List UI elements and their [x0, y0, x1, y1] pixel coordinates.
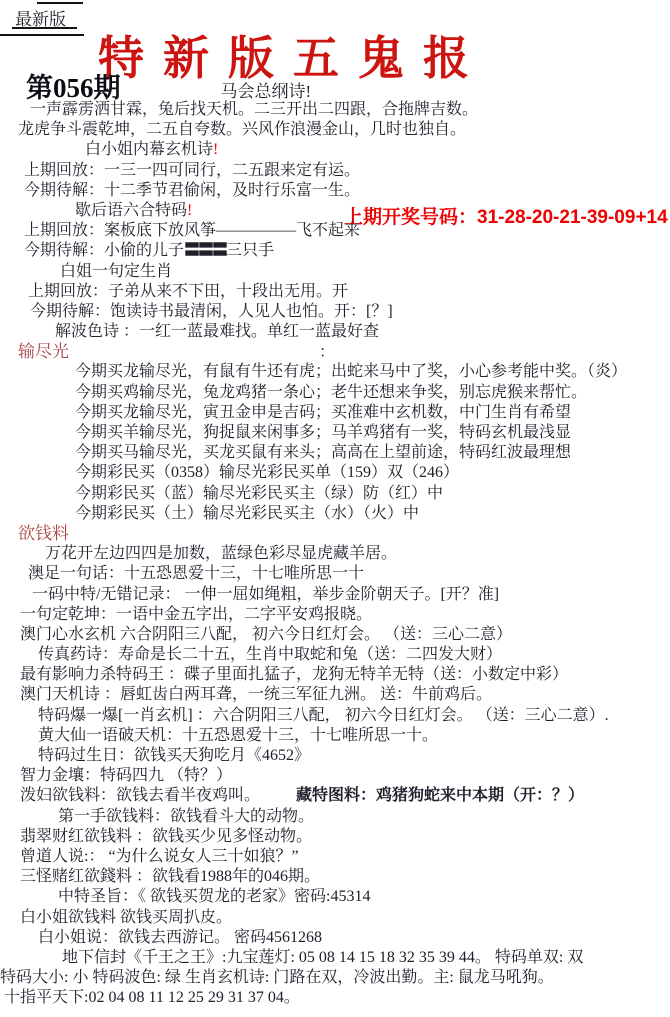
text-line: 翡翠财红欲钱料 ：欲钱买少见多怪动物。 [0, 827, 670, 847]
text-line: 白姐一句定生肖 [0, 262, 670, 282]
text-segment: ! [187, 202, 192, 219]
text-segment: 白小姐说：欲钱去西游记。 密码4561268 [38, 929, 322, 946]
issue-subtitle: 马会总纲诗! [221, 82, 312, 101]
text-segment: 三只手 [226, 242, 274, 259]
text-segment: 三怪赌红欲錢料 ：欲钱看1988年的046期。 [20, 868, 320, 885]
text-line: 今期彩民买（土）输尽光彩民买主（水）（火）中 [0, 504, 670, 524]
text-line: 歇后语六合特码! [0, 201, 670, 221]
text-line: 今期彩民买（0358）输尽光彩民买单（159）双（246） [0, 463, 670, 483]
text-segment: 泼妇欲钱料：欲钱去看半夜鸡叫。 [20, 787, 260, 804]
text-line: 今期买马输尽光，买龙买鼠有来头；高高在上望前途，特码红波最理想 [0, 443, 670, 463]
text-segment: 特码过生日：欲钱买天狗吃月《4652》 [38, 747, 310, 764]
text-line: 输尽光： [0, 342, 670, 362]
text-line: 上期回放：案板底下放风筝—————飞不起来 [0, 221, 670, 241]
text-segment: ： [319, 344, 335, 361]
text-line: 十指平天下:02 04 08 11 12 25 29 31 37 04。 [0, 988, 670, 1008]
text-segment: 十指平天下:02 04 08 11 12 25 29 31 37 04。 [4, 989, 300, 1006]
text-segment: 传真药诗：寿命是长二十五，生肖中取蛇和兔（送：二四发大财） [38, 646, 502, 663]
text-line: 今期待解：小偷的儿子〓〓〓三只手 [0, 241, 670, 261]
text-line: 龙虎争斗震乾坤，二五自夸数。兴风作浪漫金山，几时也独自。 [0, 120, 670, 140]
text-segment: 今期买羊输尽光，狗捉鼠来闲事多；马羊鸡猪有一奖，特码玄机最浅显 [75, 424, 571, 441]
text-line: 特码爆一爆[一肖玄机] ：六合阴阳三八配， 初六今日红灯会。 （送：三心二意）. [0, 706, 670, 726]
text-segment: 解波色诗 ：一红一蓝最难找。单红一蓝最好查 [55, 323, 379, 340]
text-line: 特码大小: 小 特码波色: 绿 生肖玄机诗: 门路在双，冷波出勤。主: 鼠龙马吼… [0, 968, 670, 988]
text-segment: 今期买龙输尽光，有鼠有牛还有虎；出蛇来马中了奖，小心参考能中奖。（炎） [75, 363, 627, 380]
text-segment: 上期回放：案板底下放风筝—————飞不起来 [24, 222, 360, 239]
text-line: 澳足一句话：十五恐恩爱十三，十七唯所思一十 [0, 564, 670, 584]
text-segment: 白小姐欲钱料 欲钱买周扒皮。 [20, 909, 232, 926]
text-line: 智力金壤：特码四九 （特？） [0, 766, 670, 786]
text-line: 白小姐说：欲钱去西游记。 密码4561268 [0, 928, 670, 948]
text-line: 今期买龙输尽光，有鼠有牛还有虎；出蛇来马中了奖，小心参考能中奖。（炎） [0, 362, 670, 382]
text-line: 上期回放：一三一四可同行，二五跟来定有运。 [0, 161, 670, 181]
text-segment: 翡翠财红欲钱料 ：欲钱买少见多怪动物。 [20, 828, 312, 845]
text-segment: 万花开左边四四是加数，蓝绿色彩尽显虎藏羊居。 [45, 545, 397, 562]
text-segment: 上期回放：子弟从来不下田，十段出无用。开 [28, 283, 348, 300]
text-segment: 特码爆一爆[一肖玄机] ：六合阴阳三八配， 初六今日红灯会。 （送：三心二意）. [38, 707, 609, 724]
text-line: 白小姐欲钱料 欲钱买周扒皮。 [0, 908, 670, 928]
text-segment: 今期买龙输尽光，寅丑金申是吉码；买准难中玄机数，中门生肖有希望 [75, 404, 571, 421]
header-rule-bottom [0, 34, 84, 36]
text-line: 今期买鸡输尽光，兔龙鸡猪一条心；老牛还想来争奖，别忘虎猴来帮忙。 [0, 383, 670, 403]
text-segment: 藏特图料：鸡猪狗蛇来中本期（开：？） [296, 787, 584, 804]
text-segment: 上期回放：一三一四可同行，二五跟来定有运。 [24, 162, 360, 179]
text-segment: 今期彩民买（0358）输尽光彩民买单（159）双（246） [75, 464, 459, 481]
text-segment: 黄大仙一语破天机：十五恐恩爱十三，十七唯所思一十。 [38, 727, 438, 744]
text-segment: ! [213, 141, 218, 158]
text-line: 欲钱料 [0, 524, 670, 544]
text-line: 泼妇欲钱料：欲钱去看半夜鸡叫。藏特图料：鸡猪狗蛇来中本期（开：？） [0, 786, 670, 806]
text-line: 黄大仙一语破天机：十五恐恩爱十三，十七唯所思一十。 [0, 726, 670, 746]
page: 最新版 特新版五鬼报 第056期马会总纲诗! 上期开奖号码：31-28-20-2… [0, 0, 670, 1017]
text-line: 今期彩民买（蓝）输尽光彩民买主（绿）防（红）中 [0, 484, 670, 504]
text-segment: 白姐一句定生肖 [60, 263, 172, 280]
text-line: 解波色诗 ：一红一蓝最难找。单红一蓝最好查 [0, 322, 670, 342]
text-segment: 一声霹雳洒甘霖，兔后找天机。二三开出二四跟，合拖牌吉数。 [30, 101, 478, 118]
text-segment: 龙虎争斗震乾坤，二五自夸数。兴风作浪漫金山，几时也独自。 [18, 121, 466, 138]
text-segment: 今期买马输尽光，买龙买鼠有来头；高高在上望前途，特码红波最理想 [75, 444, 571, 461]
text-segment: 歇后语六合特码 [75, 202, 187, 219]
text-line: 一声霹雳洒甘霖，兔后找天机。二三开出二四跟，合拖牌吉数。 [0, 100, 670, 120]
text-segment: 澳门心水玄机 六合阴阳三八配， 初六今日红灯会。 （送：三心二意） [20, 626, 512, 643]
text-line: 白小姐内幕玄机诗! [0, 140, 670, 160]
issue-number: 第056期 [26, 73, 121, 103]
text-line: 澳门心水玄机 六合阴阳三八配， 初六今日红灯会。 （送：三心二意） [0, 625, 670, 645]
text-line: 中特圣旨：《 欲钱买贺龙的老家》密码:45314 [0, 887, 670, 907]
edition-label: 最新版 [15, 5, 66, 30]
text-segment: 今期彩民买（蓝）输尽光彩民买主（绿）防（红）中 [75, 485, 443, 502]
text-line: 今期待解：饱读诗书最清闲，人见人也怕。开：[？] [0, 302, 670, 322]
text-segment: 白小姐内幕玄机诗 [85, 141, 213, 158]
text-line: 最有影响力杀特码王 ：碟子里面扎猛子，龙狗无特羊无特（送：小数定中彩） [0, 665, 670, 685]
text-segment: 一句定乾坤：一语中金五字出，二字平安鸡报晓。 [20, 606, 372, 623]
text-segment: 今期待解：饱读诗书最清闲，人见人也怕。开：[？] [30, 303, 393, 320]
text-segment: 地下信封《千王之王》:九宝莲灯: 05 08 14 15 18 32 35 39… [62, 949, 583, 966]
text-line: 万花开左边四四是加数，蓝绿色彩尽显虎藏羊居。 [0, 544, 670, 564]
text-segment: 特码大小: 小 特码波色: 绿 生肖玄机诗: 门路在双，冷波出勤。主: 鼠龙马吼… [0, 969, 554, 986]
text-segment: 曾道人说:： “为什么说女人三十如狼？” [20, 848, 299, 865]
text-segment: 今期买鸡输尽光，兔龙鸡猪一条心；老牛还想来争奖，别忘虎猴来帮忙。 [75, 384, 587, 401]
text-segment: 澳足一句话：十五恐恩爱十三，十七唯所思一十 [28, 565, 364, 582]
text-segment: 今期待解：十二季节君偷闲，及时行乐富一生。 [24, 182, 360, 199]
text-line: 地下信封《千王之王》:九宝莲灯: 05 08 14 15 18 32 35 39… [0, 948, 670, 968]
text-line: 特码过生日：欲钱买天狗吃月《4652》 [0, 746, 670, 766]
text-line: 澳门天机诗 ：唇虹齿白两耳聋，一统三军征九洲。 送：牛前鸡后。 [0, 685, 670, 705]
text-segment: 智力金壤：特码四九 （特？） [20, 767, 232, 784]
text-line: 三怪赌红欲錢料 ：欲钱看1988年的046期。 [0, 867, 670, 887]
text-segment: 欲钱料 [18, 524, 69, 543]
text-line: 一句定乾坤：一语中金五字出，二字平安鸡报晓。 [0, 605, 670, 625]
text-line: 今期待解：十二季节君偷闲，及时行乐富一生。 [0, 181, 670, 201]
text-segment: 输尽光 [18, 342, 69, 361]
text-segment: 〓〓〓 [184, 242, 226, 259]
text-segment: 澳门天机诗 ：唇虹齿白两耳聋，一统三军征九洲。 送：牛前鸡后。 [20, 686, 492, 703]
text-segment: 一码中特/无错记录： 一伸一屈如绳粗，举步金阶朝天子。[开？准] [32, 586, 499, 603]
text-line: 今期买龙输尽光，寅丑金申是吉码；买准难中玄机数，中门生肖有希望 [0, 403, 670, 423]
text-line: 上期回放：子弟从来不下田，十段出无用。开 [0, 282, 670, 302]
text-line: 第一手欲钱料：欲钱看斗大的动物。 [0, 807, 670, 827]
text-segment: 中特圣旨：《 欲钱买贺龙的老家》密码:45314 [58, 888, 370, 905]
text-segment: 今期待解：小偷的儿子 [24, 242, 184, 259]
text-segment: 今期彩民买（土）输尽光彩民买主（水）（火）中 [75, 505, 419, 522]
content-lines: 一声霹雳洒甘霖，兔后找天机。二三开出二四跟，合拖牌吉数。龙虎争斗震乾坤，二五自夸… [0, 100, 670, 1008]
text-line: 今期买羊输尽光，狗捉鼠来闲事多；马羊鸡猪有一奖，特码玄机最浅显 [0, 423, 670, 443]
text-line: 曾道人说:： “为什么说女人三十如狼？” [0, 847, 670, 867]
text-segment: 第一手欲钱料：欲钱看斗大的动物。 [58, 808, 314, 825]
text-segment: 最有影响力杀特码王 ：碟子里面扎猛子，龙狗无特羊无特（送：小数定中彩） [20, 666, 568, 683]
header-rule-top [37, 2, 83, 4]
text-line: 一码中特/无错记录： 一伸一屈如绳粗，举步金阶朝天子。[开？准] [0, 585, 670, 605]
text-line: 传真药诗：寿命是长二十五，生肖中取蛇和兔（送：二四发大财） [0, 645, 670, 665]
